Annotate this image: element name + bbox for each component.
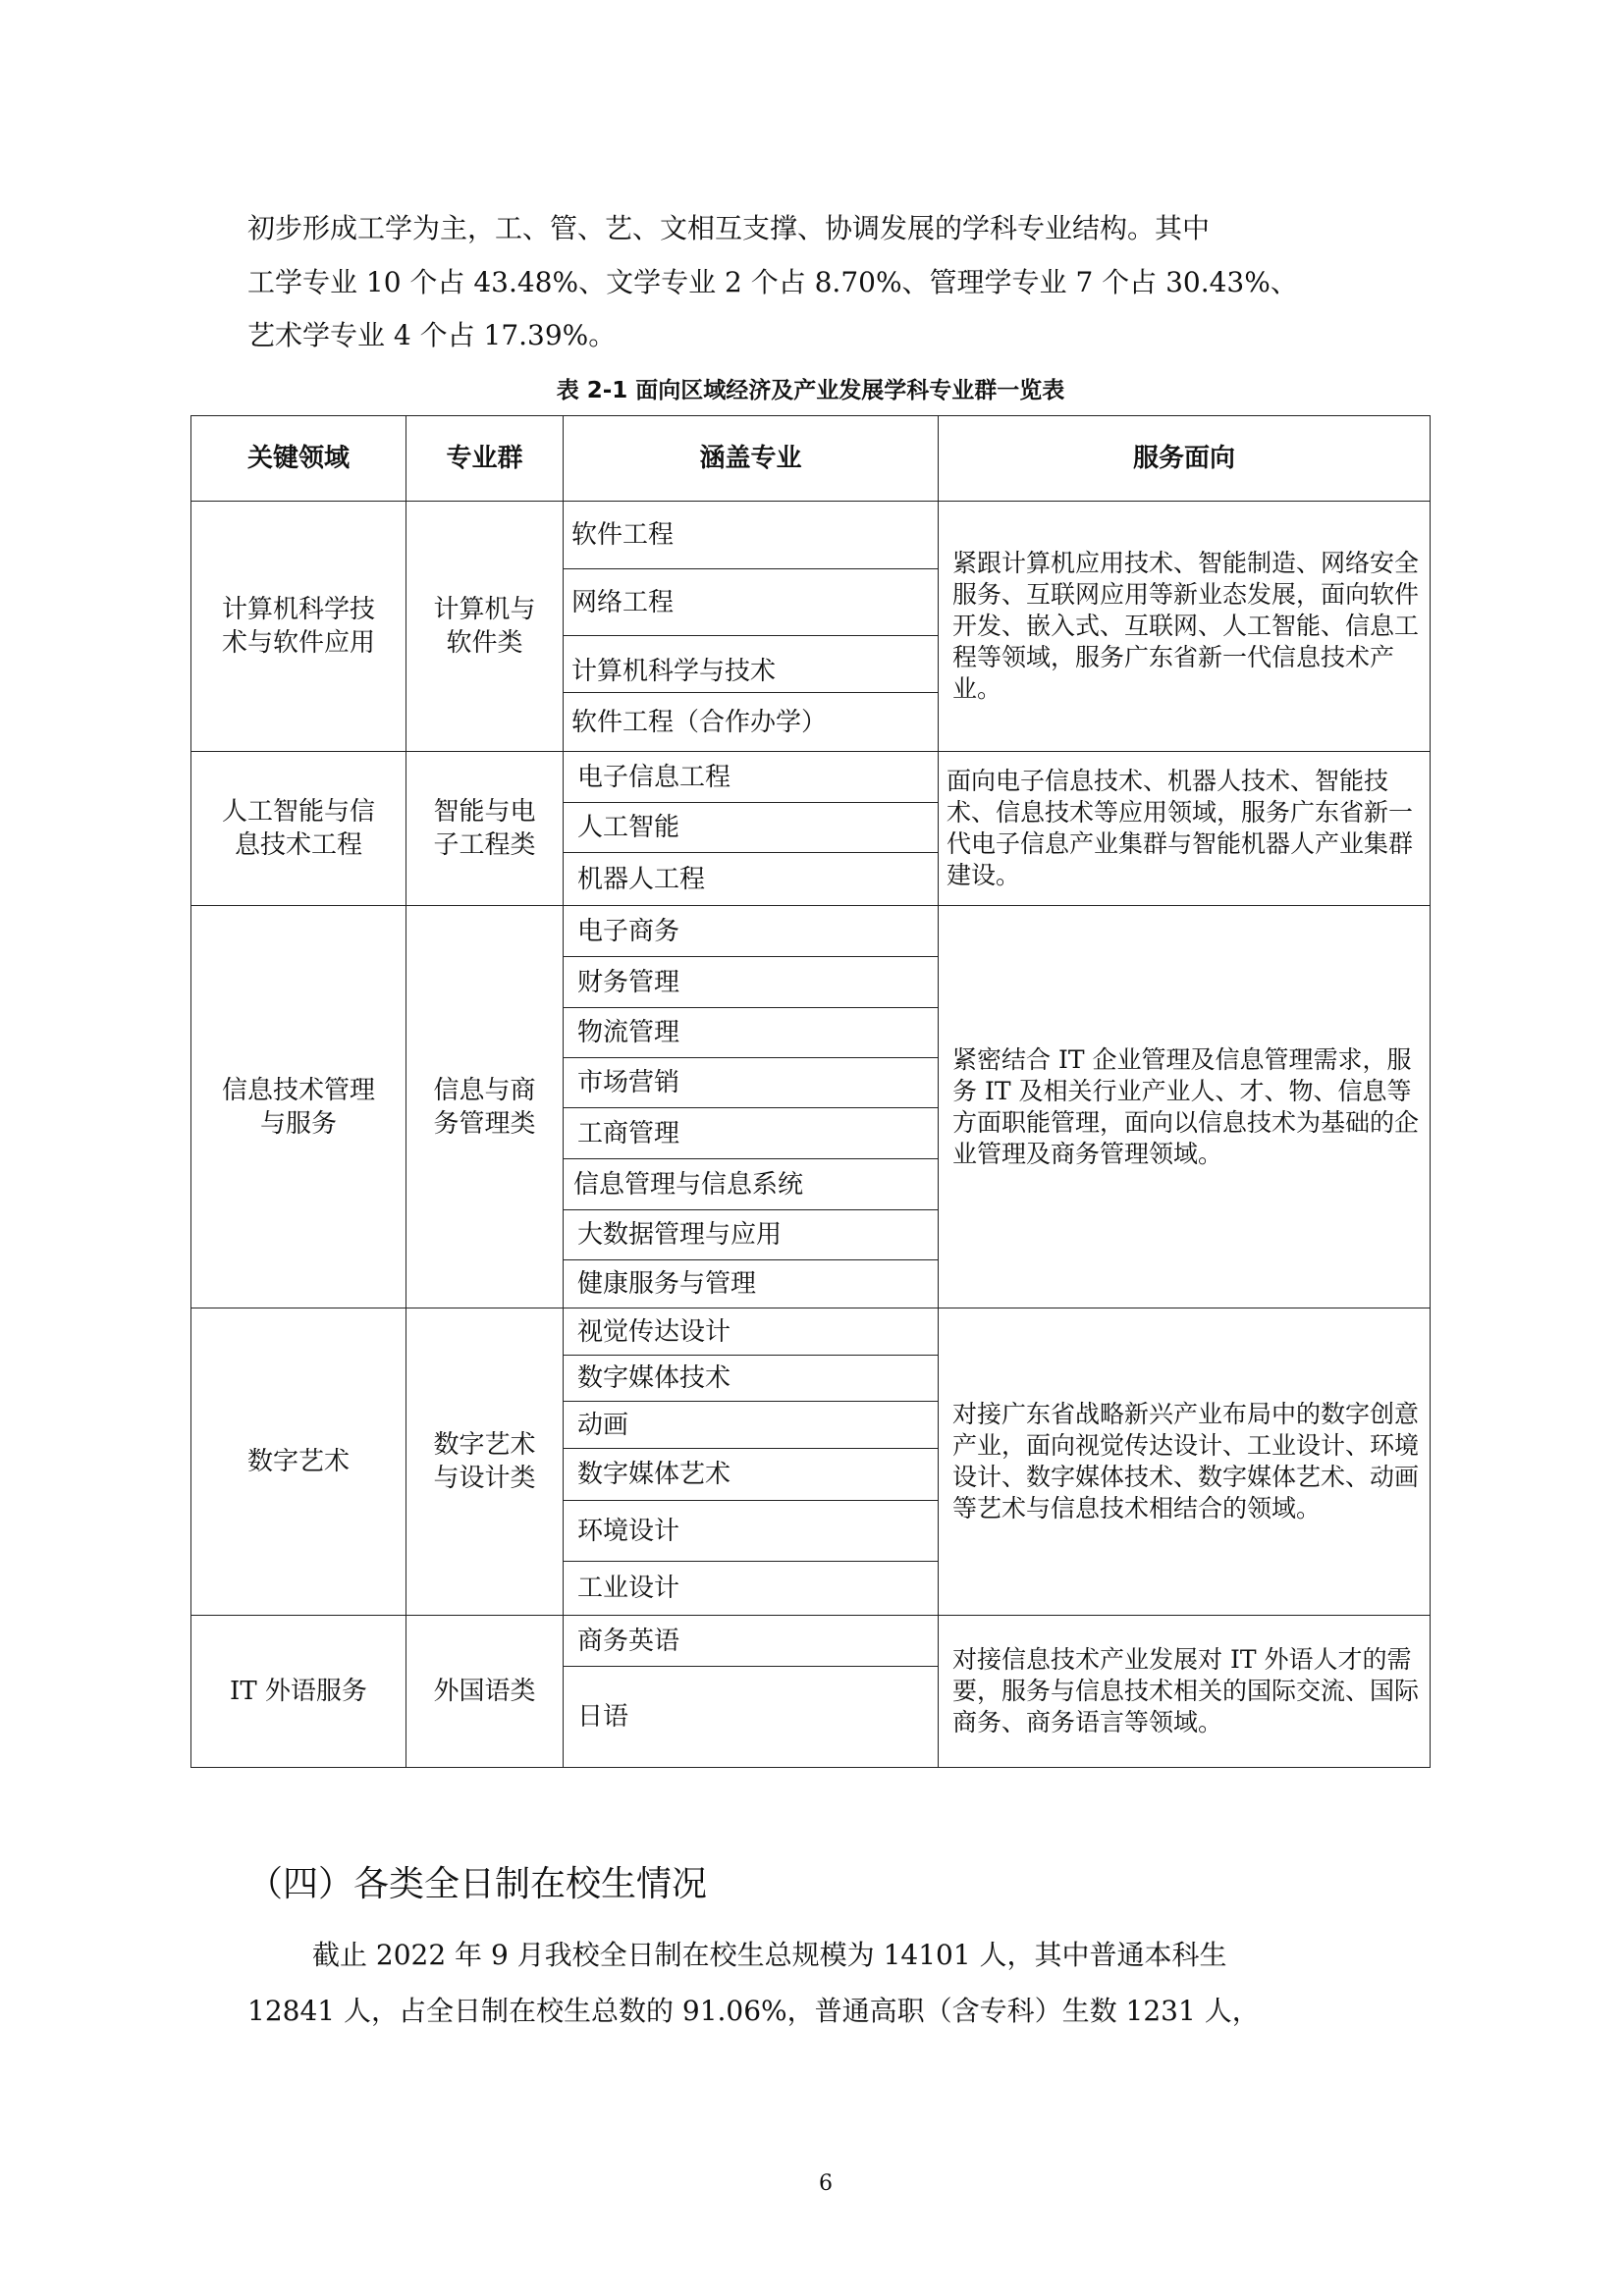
group-1-domain-line-2: 术与软件应用	[222, 626, 375, 660]
group-2-cluster-line-2: 子工程类	[433, 828, 535, 862]
major-cell: 工业设计	[563, 1561, 939, 1616]
section-paragraph-line-2: 12841 人，占全日制在校生总数的 91.06%，普通高职（含专科）生数 12…	[247, 1994, 1260, 2029]
section-paragraph-line-1: 截止 2022 年 9 月我校全日制在校生总规模为 14101 人，其中普通本科…	[312, 1938, 1227, 1973]
group-1-domain-line-1: 计算机科学技	[222, 593, 375, 626]
group-2-domain: 人工智能与信 息技术工程	[190, 751, 406, 906]
group-5-domain: IT 外语服务	[190, 1615, 406, 1768]
group-1-domain: 计算机科学技 术与软件应用	[190, 501, 406, 752]
major-cell: 大数据管理与应用	[563, 1209, 939, 1260]
major-cell: 信息管理与信息系统	[563, 1158, 939, 1210]
header-majors: 涵盖专业	[563, 415, 939, 502]
group-1-cluster-line-1: 计算机与	[433, 593, 535, 626]
major-cell: 计算机科学与技术	[563, 635, 939, 693]
major-cell: 物流管理	[563, 1007, 939, 1058]
section-heading: （四）各类全日制在校生情况	[247, 1861, 707, 1908]
group-3-service: 紧密结合 IT 企业管理及信息管理需求，服务 IT 及相关行业产业人、才、物、信…	[938, 905, 1431, 1308]
header-service: 服务面向	[938, 415, 1431, 502]
group-3-domain-line-1: 信息技术管理	[222, 1074, 375, 1107]
major-cell: 工商管理	[563, 1107, 939, 1159]
group-4-cluster: 数字艺术 与设计类	[406, 1308, 564, 1616]
group-4-cluster-line-2: 与设计类	[433, 1462, 535, 1495]
group-5-cluster: 外国语类	[406, 1615, 564, 1768]
major-cell: 商务英语	[563, 1615, 939, 1667]
major-cell: 网络工程	[563, 568, 939, 636]
major-cell: 数字媒体技术	[563, 1355, 939, 1402]
major-cell: 软件工程	[563, 501, 939, 569]
header-key-domain: 关键领域	[190, 415, 406, 502]
header-cluster: 专业群	[406, 415, 564, 502]
group-2-domain-line-2: 息技术工程	[235, 828, 362, 862]
intro-line-3: 艺术学专业 4 个占 17.39%。	[247, 318, 616, 353]
group-2-domain-line-1: 人工智能与信	[222, 795, 375, 828]
group-2-cluster-line-1: 智能与电	[433, 795, 535, 828]
intro-line-2: 工学专业 10 个占 43.48%、文学专业 2 个占 8.70%、管理学专业 …	[247, 265, 1298, 300]
table-caption: 表 2-1 面向区域经济及产业发展学科专业群一览表	[190, 377, 1431, 404]
page-number: 6	[811, 2171, 840, 2196]
major-cell: 数字媒体艺术	[563, 1448, 939, 1501]
major-cell: 视觉传达设计	[563, 1308, 939, 1356]
group-4-service: 对接广东省战略新兴产业布局中的数字创意产业，面向视觉传达设计、工业设计、环境设计…	[938, 1308, 1431, 1616]
group-3-cluster-line-1: 信息与商	[433, 1074, 535, 1107]
major-cell: 环境设计	[563, 1500, 939, 1562]
major-cell: 软件工程（合作办学）	[563, 692, 939, 752]
major-cell: 人工智能	[563, 802, 939, 853]
major-cell: 机器人工程	[563, 852, 939, 906]
group-2-service: 面向电子信息技术、机器人技术、智能技术、信息技术等应用领域，服务广东省新一代电子…	[938, 751, 1431, 906]
major-cell: 动画	[563, 1401, 939, 1449]
intro-line-1: 初步形成工学为主，工、管、艺、文相互支撑、协调发展的学科专业结构。其中	[247, 211, 1210, 246]
group-2-cluster: 智能与电 子工程类	[406, 751, 564, 906]
group-3-cluster: 信息与商 务管理类	[406, 905, 564, 1308]
group-4-cluster-line-1: 数字艺术	[433, 1428, 535, 1462]
major-cell: 电子商务	[563, 905, 939, 957]
major-cell: 市场营销	[563, 1057, 939, 1108]
major-cell: 财务管理	[563, 956, 939, 1008]
group-1-cluster-line-2: 软件类	[446, 626, 522, 660]
major-cell: 健康服务与管理	[563, 1259, 939, 1308]
major-cell: 电子信息工程	[563, 751, 939, 803]
group-4-domain: 数字艺术	[190, 1308, 406, 1616]
major-cell: 日语	[563, 1666, 939, 1768]
group-3-domain-line-2: 与服务	[260, 1107, 337, 1141]
group-3-cluster-line-2: 务管理类	[433, 1107, 535, 1141]
group-5-service: 对接信息技术产业发展对 IT 外语人才的需要，服务与信息技术相关的国际交流、国际…	[938, 1615, 1431, 1768]
group-1-service: 紧跟计算机应用技术、智能制造、网络安全服务、互联网应用等新业态发展，面向软件开发…	[938, 501, 1431, 752]
group-3-domain: 信息技术管理 与服务	[190, 905, 406, 1308]
group-1-cluster: 计算机与 软件类	[406, 501, 564, 752]
